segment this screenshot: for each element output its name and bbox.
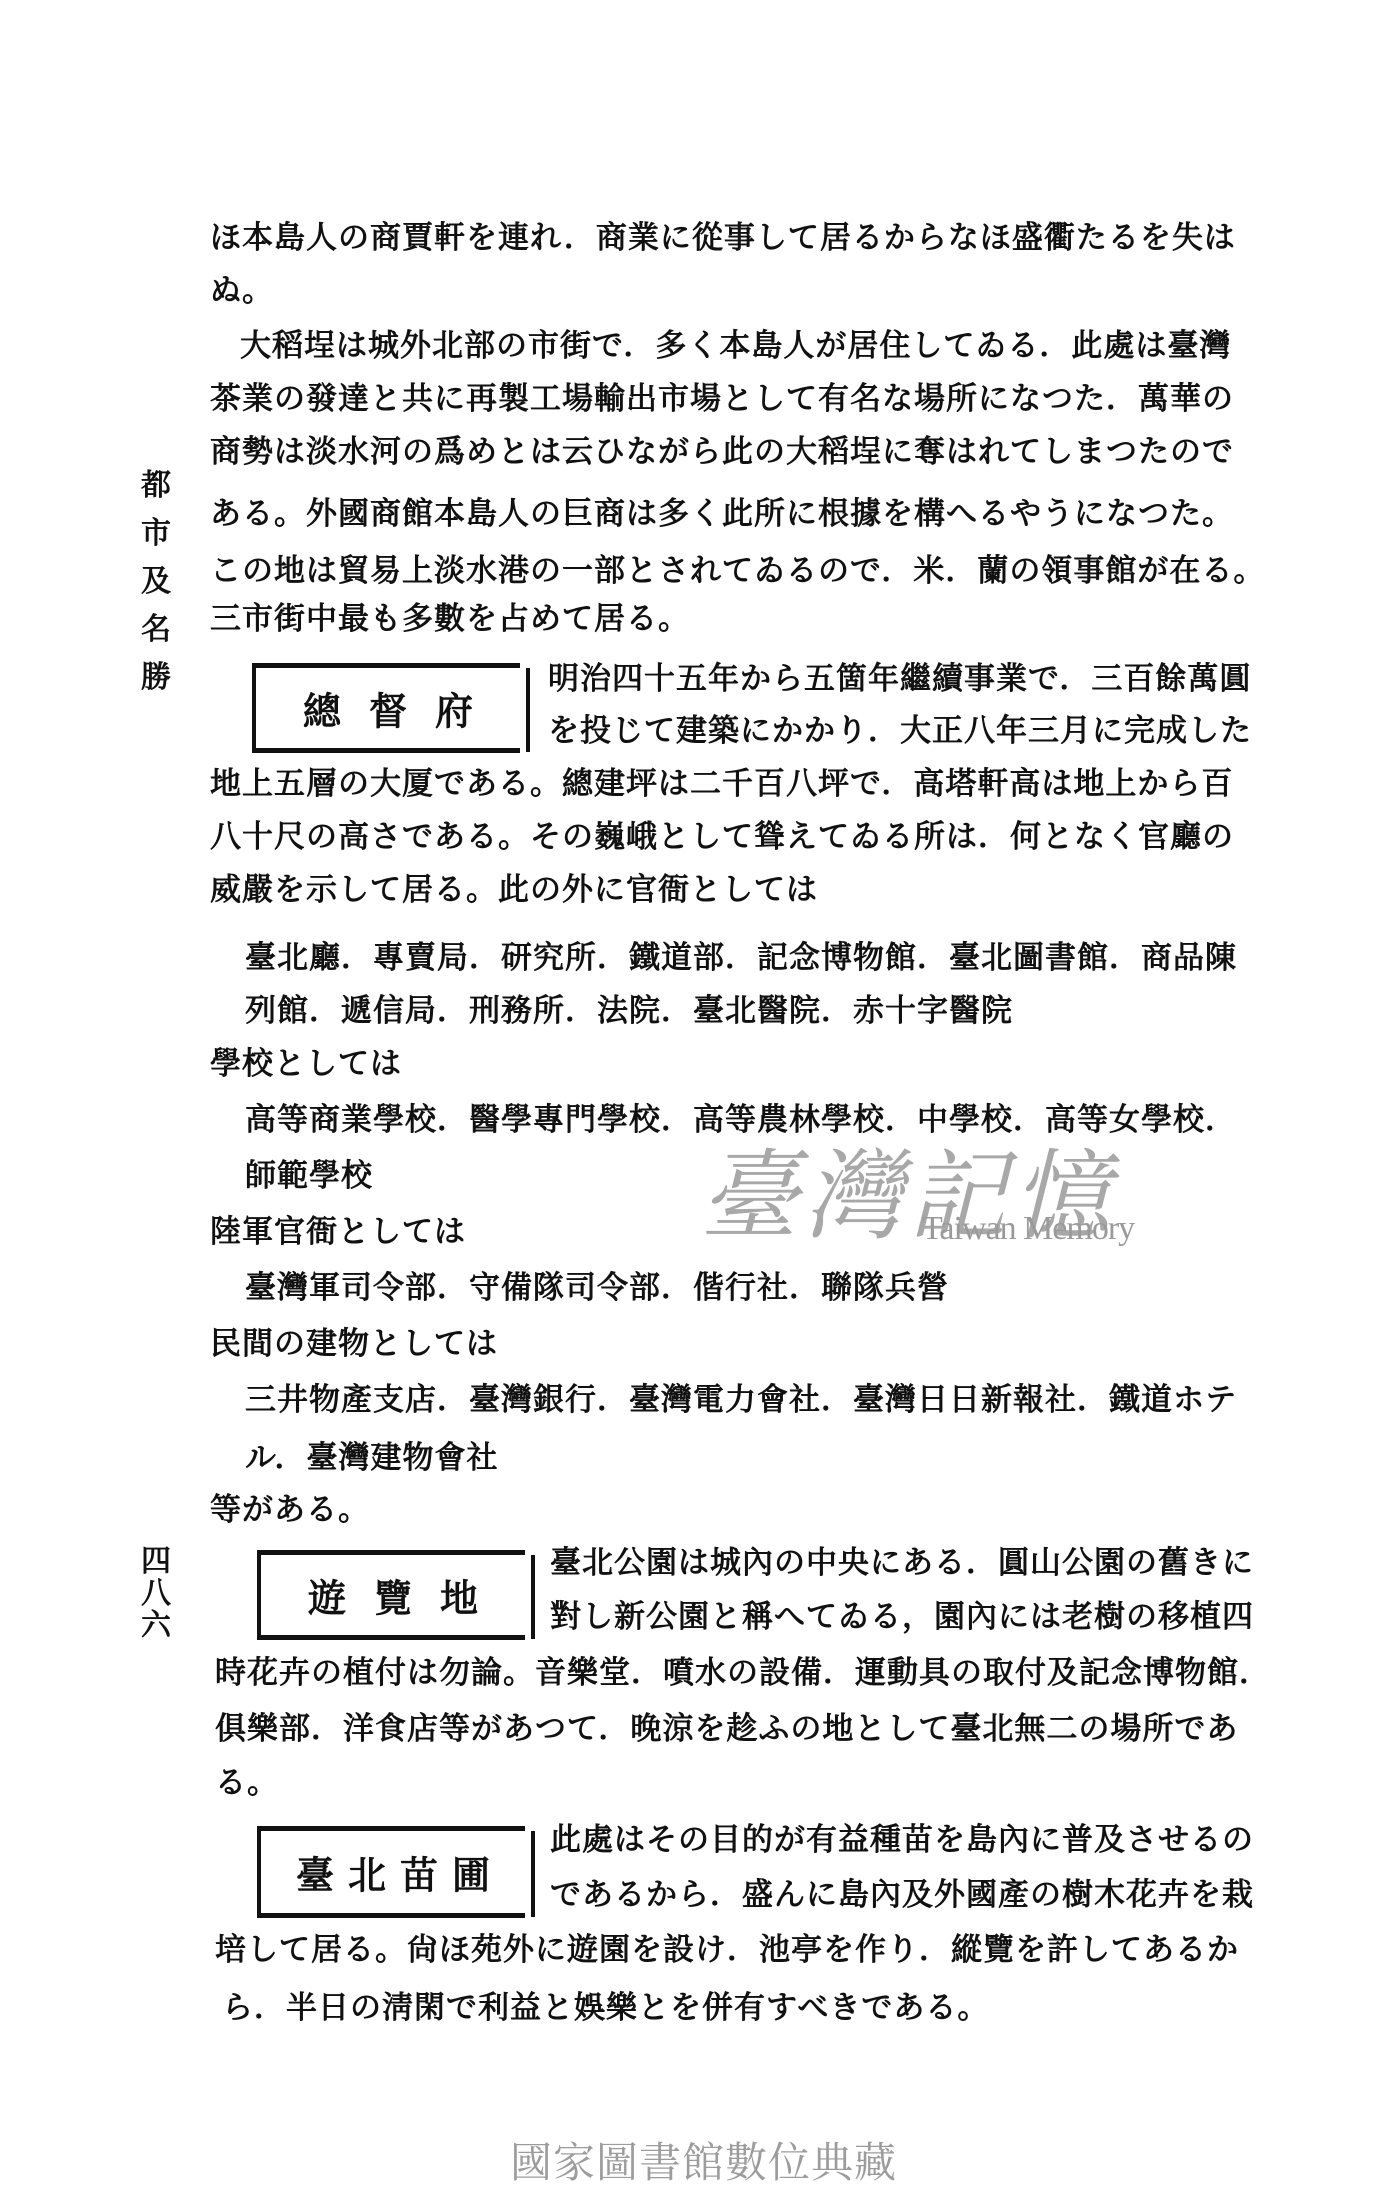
text-line: ら．半日の淸閑で利益と娛樂とを併有すべきである。 (222, 1988, 989, 2028)
text-line: る。 (215, 1763, 279, 1803)
text-line: 八十尺の高さである。その巍峨として聳えてゐる所は．何となく官廳の (210, 817, 1234, 857)
margin-char: 市 (138, 510, 174, 558)
margin-char: 勝 (138, 654, 174, 702)
list-line: 三井物產支店．臺灣銀行．臺灣電力會社．臺灣日日新報社．鐵道ホテ (245, 1380, 1237, 1420)
text-line: 茶業の發達と共に再製工場輸出市場として有名な場所になつた．萬華の (210, 379, 1234, 419)
text-line: 大稻埕は城外北部の市街で．多く本島人が居住してゐる．此處は臺灣 (240, 326, 1231, 366)
text-line: 陸軍官衙としては (210, 1212, 466, 1252)
section-heading-box: 總督府 (252, 663, 520, 753)
list-line: 臺北廳．專賣局．研究所．鐵道部．記念博物館．臺北圖書館．商品陳 (245, 938, 1237, 978)
text-line: 學校としては (210, 1044, 402, 1084)
text-line: ある。外國商館本島人の巨商は多く此所に根據を構へるやうになつた。 (210, 494, 1234, 534)
text-line: 明治四十五年から五箇年繼續事業で．三百餘萬圓 (548, 659, 1251, 699)
section-heading: 總督府 (256, 681, 520, 736)
text-line: 商勢は淡水河の爲めとは云ひながら此の大稻埕に奪はれてしまつたので (210, 432, 1234, 472)
section-heading-box: 臺北苗圃 (257, 1826, 525, 1918)
list-line: ル．臺灣建物會社 (245, 1438, 499, 1478)
text-line: ぬ。 (210, 271, 274, 311)
page-number: 四 八 六 (138, 1546, 174, 1642)
text-line: 威嚴を示して居る。此の外に官衙としては (210, 870, 818, 910)
text-line: 對し新公園と稱へてゐる，園內には老樹の移植四 (550, 1597, 1254, 1637)
text-line: 地上五層の大厦である。總建坪は二千百八坪で．高塔軒高は地上から百 (210, 764, 1233, 804)
margin-section-title: 都 市 及 名 勝 (138, 462, 174, 702)
text-line: 俱樂部．洋食店等があつて．晚涼を趁ふの地として臺北無二の場所であ (215, 1709, 1238, 1749)
margin-char: 名 (138, 606, 174, 654)
text-line: 臺北公園は城內の中央にある．圓山公園の舊きに (550, 1543, 1254, 1583)
section-heading: 遊覽地 (261, 1568, 525, 1623)
margin-char: 都 (138, 462, 174, 510)
text-line: を投じて建築にかかり．大正八年三月に完成した (548, 711, 1252, 751)
page-number-char: 八 (138, 1578, 174, 1610)
list-line: 臺灣軍司令部．守備隊司令部．偕行社．聯隊兵營 (245, 1268, 949, 1308)
page-number-char: 六 (138, 1610, 174, 1642)
list-line: 列館．遞信局．刑務所．法院．臺北醫院．赤十字醫院 (245, 991, 1013, 1031)
section-heading-box: 遊覽地 (257, 1550, 525, 1640)
text-line: 此處はその目的が有益種苗を島內に普及させるの (550, 1820, 1254, 1860)
text-line: この地は貿易上淡水港の一部とされてゐるので．米．蘭の領事館が在る。 (210, 551, 1265, 591)
text-line: ほ本島人の商賈軒を連れ．商業に從事して居るからなほ盛衢たるを失は (210, 218, 1236, 258)
text-line: 時花卉の植付は勿論。音樂堂．噴水の設備．運動具の取付及記念博物館． (215, 1653, 1271, 1693)
taiwan-memory-watermark-en: Taiwan Memory (922, 1210, 1134, 1248)
list-line: 師範學校 (245, 1156, 373, 1196)
text-line: 等がある。 (210, 1490, 370, 1530)
margin-char: 及 (138, 558, 174, 606)
section-heading: 臺北苗圃 (261, 1845, 525, 1900)
text-line: 培して居る。尙ほ苑外に遊園を設け．池亭を作り．縱覽を許してあるか (215, 1930, 1239, 1970)
page-number-char: 四 (138, 1546, 174, 1578)
text-line: であるから．盛んに島內及外國產の樹木花卉を栽 (550, 1875, 1254, 1915)
text-line: 三市街中最も多數を占めて居る。 (210, 599, 690, 639)
text-line: 民間の建物としては (210, 1324, 498, 1364)
library-footer-watermark: 國家圖書館數位典藏 (510, 2130, 897, 2190)
